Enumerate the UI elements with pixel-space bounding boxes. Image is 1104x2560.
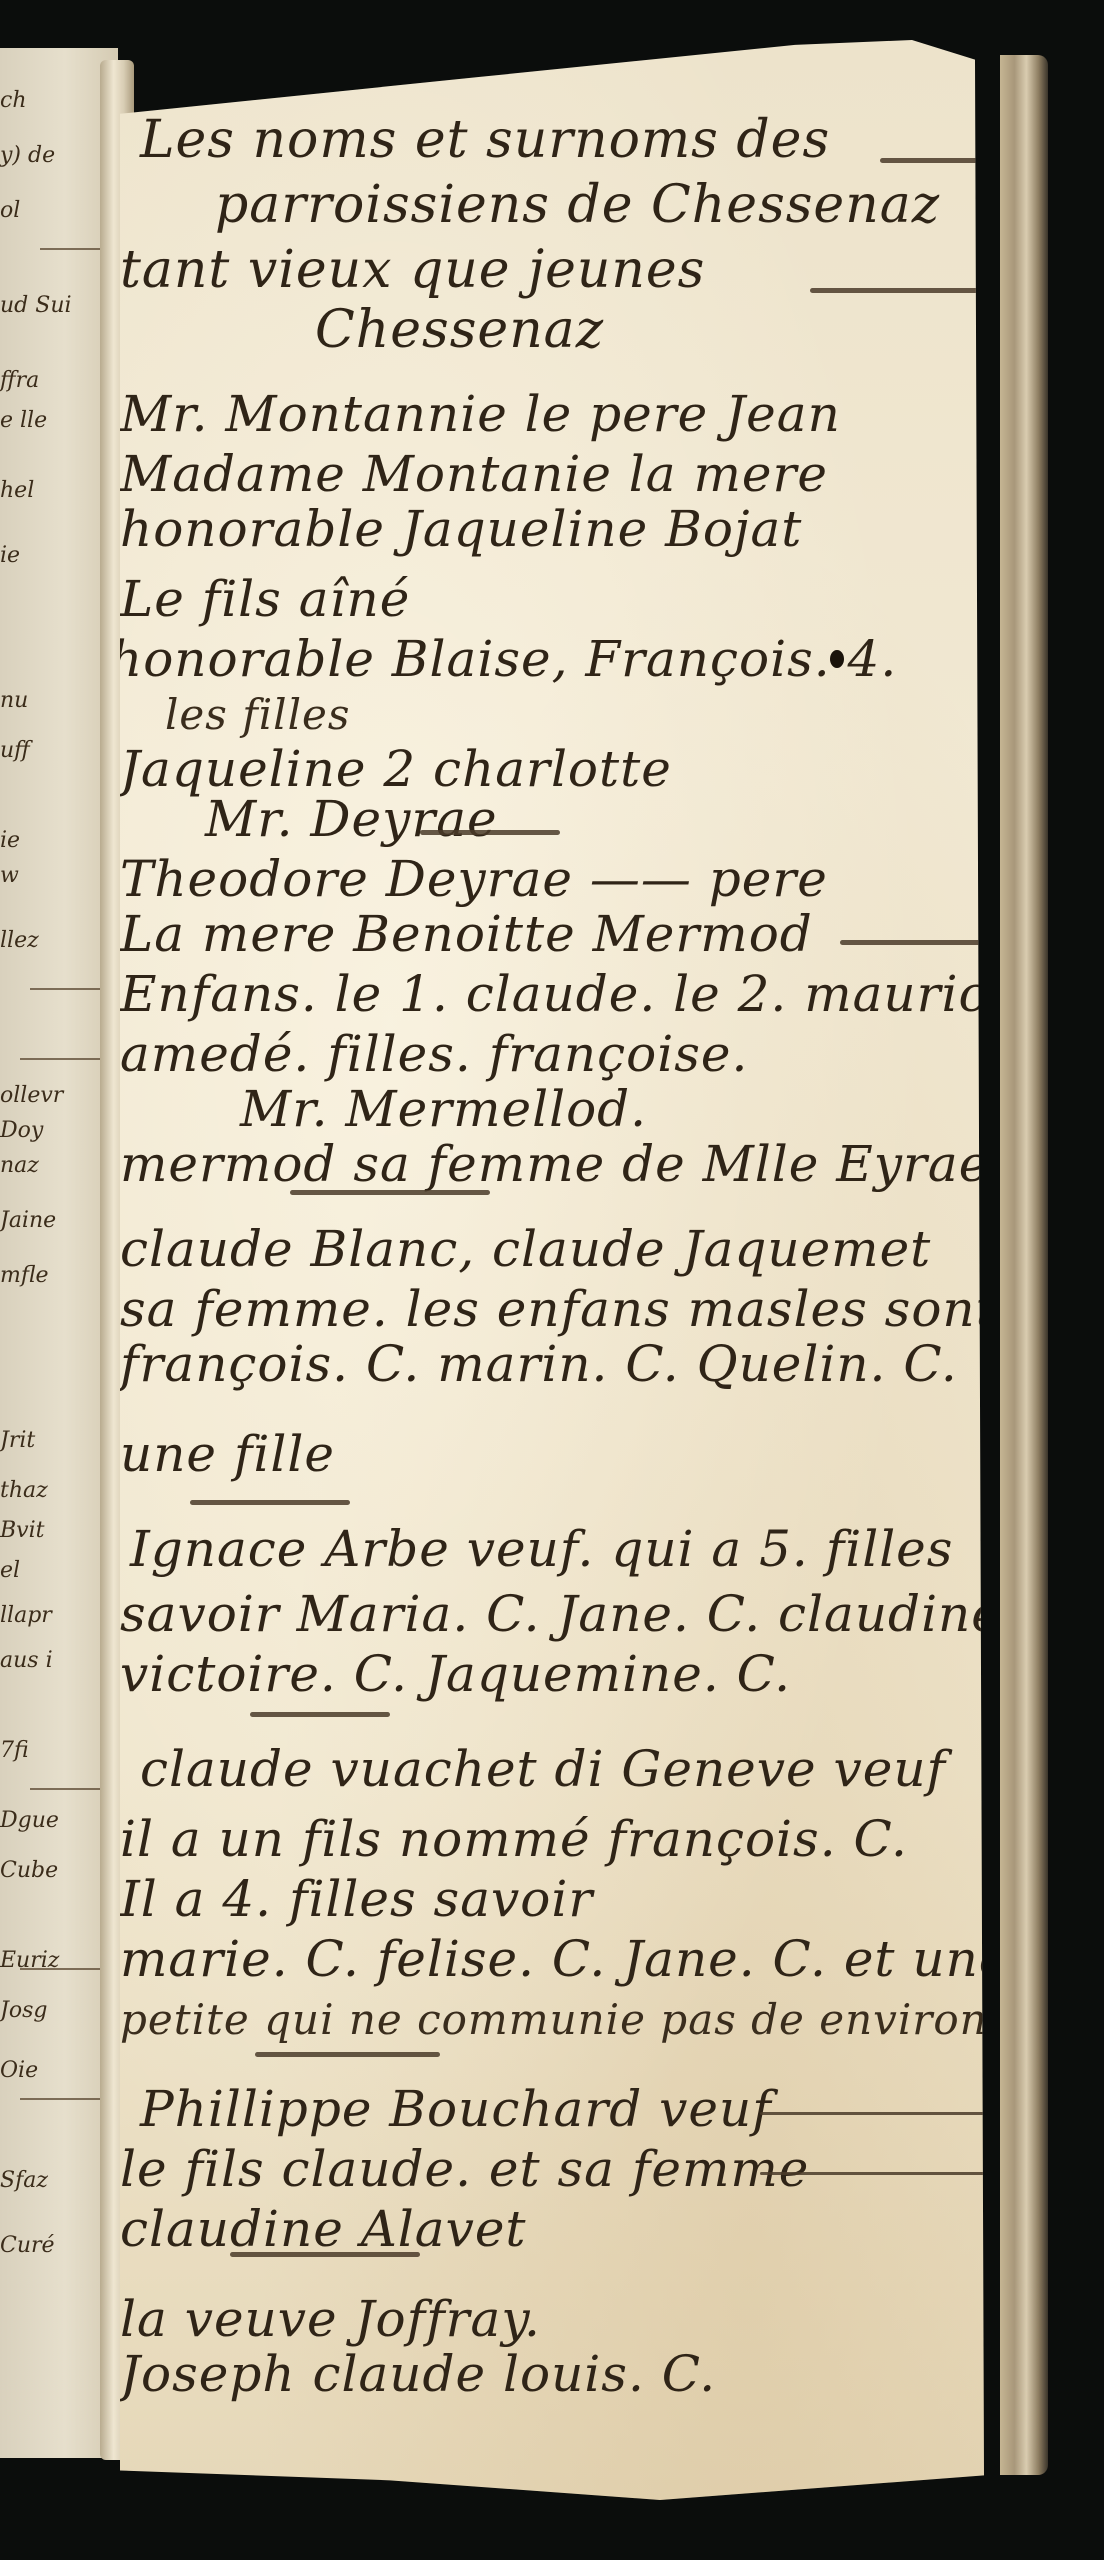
register-line: Mr. Montannie le pere Jean: [120, 385, 841, 443]
register-line: Ignace Arbe veuf. qui a 5. filles: [130, 1520, 953, 1578]
family-heading: Mr. Mermellod.: [240, 1080, 647, 1138]
line-filler-dash: [880, 158, 1005, 163]
left-fragment: ollevr: [0, 1083, 63, 1108]
register-line: claudine Alavet: [120, 2200, 527, 2258]
left-fragment: Jrit: [0, 1428, 35, 1453]
left-fragment: Curé: [0, 2233, 55, 2258]
section-divider: [290, 1190, 490, 1195]
register-line: claude Blanc, claude Jaquemet: [120, 1220, 931, 1278]
left-fragment: mfle: [0, 1263, 49, 1288]
left-fragment: ie: [0, 828, 20, 853]
left-fragment: thaz: [0, 1478, 48, 1503]
family-heading: Mr. Deyrae: [205, 790, 498, 848]
ruled-line: [30, 988, 110, 990]
left-fragment: Oie: [0, 2058, 38, 2083]
line-filler-dash: [840, 940, 1005, 945]
register-line: claude vuachet di Geneve veuf: [140, 1740, 946, 1798]
left-fragment: nu: [0, 688, 28, 713]
ruled-line: [30, 1788, 110, 1790]
left-fragment: el: [0, 1558, 20, 1583]
left-fragment: Cube: [0, 1858, 58, 1883]
register-line: amedé. filles. françoise.: [120, 1025, 748, 1083]
register-line: il a un fils nommé françois. C.: [120, 1810, 908, 1868]
register-line: mermod sa femme de Mlle Eyrae: [120, 1135, 989, 1193]
register-line: françois. C. marin. C. Quelin. C.: [120, 1335, 958, 1393]
left-fragment: aus i: [0, 1648, 53, 1673]
ink-blot: [830, 650, 844, 668]
left-fragment: llez: [0, 928, 39, 953]
register-line: une fille: [120, 1425, 335, 1483]
register-line: honorable Jaqueline Bojat: [120, 500, 802, 558]
ruled-line: [20, 2098, 110, 2100]
left-fragment: ol: [0, 198, 20, 223]
register-line: honorable Blaise, François. 4.: [110, 630, 897, 688]
left-fragment: y) de: [0, 143, 55, 168]
left-fragment: Doy: [0, 1118, 43, 1143]
section-divider: [190, 1500, 350, 1505]
left-fragment: e lle: [0, 408, 47, 433]
line-filler-dash: [760, 2172, 1010, 2175]
title-line: parroissiens de Chessenaz: [215, 175, 940, 235]
ruled-line: [20, 1058, 110, 1060]
manuscript-scan: ch y) de ol ud Sui ffra e lle hel ie nu …: [0, 0, 1104, 2560]
left-fragment: llapr: [0, 1603, 52, 1628]
left-fragment: uff: [0, 738, 30, 763]
left-fragment: ch: [0, 88, 27, 113]
line-filler-dash: [420, 830, 560, 835]
left-fragment: Jaine: [0, 1208, 56, 1233]
register-line: Joseph claude louis. C.: [120, 2345, 716, 2403]
left-fragment: 7fi: [0, 1738, 29, 1763]
register-page: Les noms et surnoms des parroissiens de …: [120, 40, 1020, 2500]
left-fragment: ffra: [0, 368, 39, 393]
left-fragment: Sfaz: [0, 2168, 48, 2193]
register-line: la veuve Joffray.: [120, 2290, 541, 2348]
line-filler-dash: [760, 2112, 1010, 2115]
line-filler-dash: [810, 288, 1000, 293]
register-line: petite qui ne communie pas de environ 10…: [120, 1995, 1104, 2044]
register-line: Madame Montanie la mere: [120, 445, 828, 503]
section-divider: [250, 1712, 390, 1717]
register-line: marie. C. felise. C. Jane. C. et une: [120, 1930, 1009, 1988]
register-line: Il a 4. filles savoir: [120, 1870, 593, 1928]
register-line: le fils claude. et sa femme: [120, 2140, 809, 2198]
register-line: savoir Maria. C. Jane. C. claudine. C.: [120, 1585, 1090, 1643]
register-line: Theodore Deyrae —— pere: [120, 850, 828, 908]
register-line: les filles: [165, 690, 350, 739]
register-line: sa femme. les enfans masles sont: [120, 1280, 997, 1338]
register-line: La mere Benoitte Mermod: [120, 905, 813, 963]
left-fragment: naz: [0, 1153, 39, 1178]
left-fragment: Josg: [0, 1998, 47, 2023]
register-line: Phillippe Bouchard veuf: [140, 2080, 772, 2138]
section-divider: [255, 2052, 440, 2057]
title-line: tant vieux que jeunes: [120, 240, 705, 300]
left-fragment: Dgue: [0, 1808, 59, 1833]
register-line: Enfans. le 1. claude. le 2. maurice: [120, 965, 1018, 1023]
register-line: Le fils aîné: [120, 570, 410, 628]
page-block-edge: [1000, 55, 1048, 2475]
ruled-line: [20, 1968, 110, 1970]
section-divider: [230, 2252, 420, 2257]
left-fragment: hel: [0, 478, 34, 503]
title-line: Les noms et surnoms des: [140, 110, 830, 170]
left-fragment: w: [0, 863, 19, 888]
left-fragment: ie: [0, 543, 20, 568]
register-line: victoire. C. Jaquemine. C.: [120, 1645, 791, 1703]
place-heading: Chessenaz: [315, 300, 604, 360]
left-fragment: ud Sui: [0, 293, 72, 318]
left-fragment: Bvit: [0, 1518, 44, 1543]
